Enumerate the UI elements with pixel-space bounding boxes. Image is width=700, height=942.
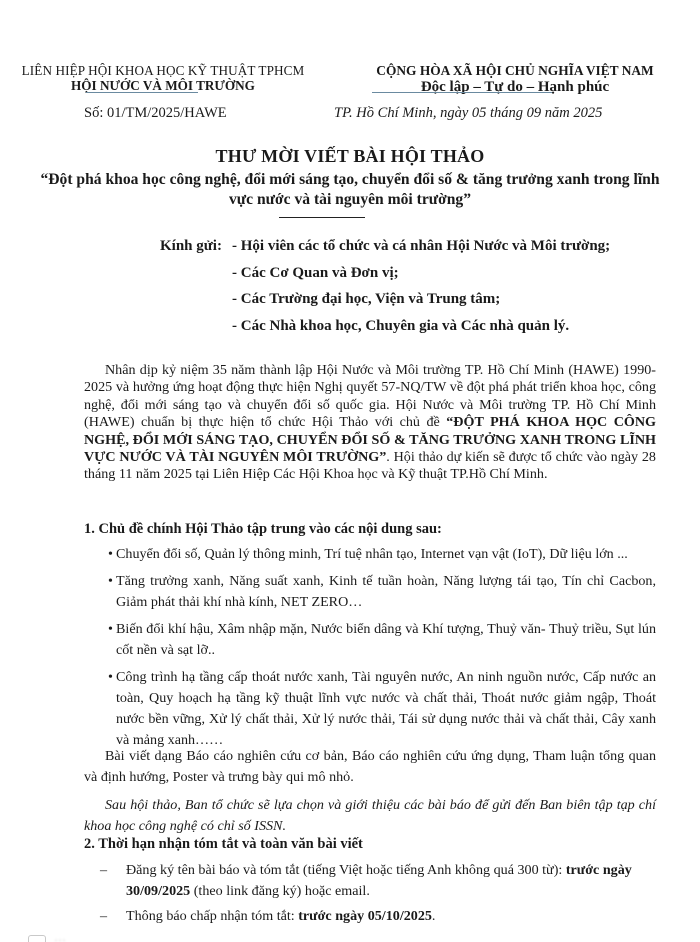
recipient-item: - Các Nhà khoa học, Chuyên gia và Các nh… <box>232 318 610 345</box>
post-workshop-note: Sau hội thảo, Ban tổ chức sẽ lựa chọn và… <box>84 795 656 837</box>
reference-number: Số: 01/TM/2025/HAWE <box>84 105 227 122</box>
bullet-icon: • <box>108 544 113 565</box>
bullet-icon: • <box>108 667 113 688</box>
section-2-heading: 2. Thời hạn nhận tóm tắt và toàn văn bài… <box>84 836 363 853</box>
issuer-block: LIÊN HIỆP HỘI KHOA HỌC KỸ THUẬT TPHCM HỘ… <box>18 63 308 93</box>
parent-organization: LIÊN HIỆP HỘI KHOA HỌC KỸ THUẬT TPHCM <box>18 63 308 78</box>
deadline-date: trước ngày 05/10/2025 <box>298 908 432 924</box>
motto-underline <box>372 92 552 93</box>
deadline-item: –Thông báo chấp nhận tóm tắt: trước ngày… <box>126 906 656 927</box>
recipients-label: Kính gửi: <box>160 238 222 255</box>
intro-paragraph: Nhân dịp kỷ niệm 35 năm thành lập Hội Nư… <box>84 362 656 484</box>
dash-icon: – <box>100 906 107 927</box>
topic-item: •Biến đổi khí hậu, Xâm nhập mặn, Nước bi… <box>116 619 656 661</box>
national-title: CỘNG HÒA XÃ HỘI CHỦ NGHĨA VIỆT NAM <box>330 63 700 78</box>
bullet-icon: • <box>108 619 113 640</box>
place-date: TP. Hồ Chí Minh, ngày 05 tháng 09 năm 20… <box>334 105 602 122</box>
document-page: LIÊN HIỆP HỘI KHOA HỌC KỸ THUẬT TPHCM HỘ… <box>0 0 700 942</box>
deadline-item: –Đăng ký tên bài báo và tóm tắt (tiếng V… <box>126 860 656 902</box>
document-title: THƯ MỜI VIẾT BÀI HỘI THẢO <box>0 146 700 167</box>
title-divider <box>279 217 365 218</box>
recipient-item: - Các Trường đại học, Viện và Trung tâm; <box>232 291 610 318</box>
translate-icon[interactable] <box>28 935 46 942</box>
paper-types-paragraph: Bài viết dạng Báo cáo nghiên cứu cơ bản,… <box>84 746 656 788</box>
cutoff-footer-row: ··· <box>28 935 428 942</box>
bullet-icon: • <box>108 571 113 592</box>
topic-item: •Công trình hạ tầng cấp thoát nước xanh,… <box>116 667 656 751</box>
workshop-theme: “Đột phá khoa học công nghệ, đổi mới sán… <box>40 170 660 210</box>
recipient-item: - Hội viên các tổ chức và cá nhân Hội Nư… <box>232 238 610 265</box>
recipients-list: - Hội viên các tổ chức và cá nhân Hội Nư… <box>232 238 610 344</box>
recipient-item: - Các Cơ Quan và Đơn vị; <box>232 265 610 292</box>
dash-icon: – <box>100 860 107 881</box>
footer-text: ··· <box>54 933 66 942</box>
topic-item: •Chuyển đổi số, Quản lý thông minh, Trí … <box>116 544 656 565</box>
national-motto: Độc lập – Tự do – Hạnh phúc <box>330 78 700 96</box>
issuing-organization: HỘI NƯỚC VÀ MÔI TRƯỜNG <box>18 78 308 93</box>
issuer-underline <box>86 92 198 93</box>
section-1-heading: 1. Chủ đề chính Hội Thảo tập trung vào c… <box>84 521 442 538</box>
topic-item: •Tăng trưởng xanh, Năng suất xanh, Kinh … <box>116 571 656 613</box>
